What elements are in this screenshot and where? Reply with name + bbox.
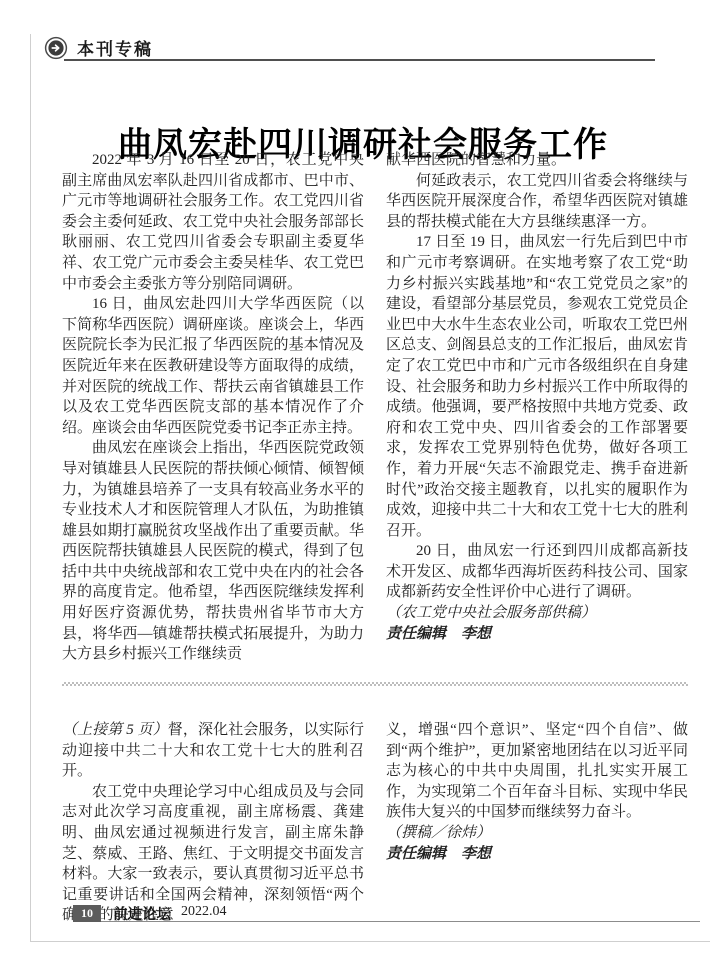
column-right: 献华西医院的智慧和力量。 何延政表示，农工党四川省委会将继续与华西医院开展深度合…	[386, 150, 688, 665]
paragraph: 2022 年 3 月 16 日至 20 日，农工党中央副主席曲凤宏率队赴四川省成…	[62, 150, 364, 294]
paragraph: 曲凤宏在座谈会上指出，华西医院党政领导对镇雄县人民医院的帮扶倾心倾情、倾智倾力，…	[62, 438, 364, 665]
paragraph-continuation: 义，增强“四个意识”、坚定“四个自信”、做到“两个维护”，更加紧密地团结在以习近…	[386, 720, 688, 823]
paragraph: 17 日至 19 日，曲凤宏一行先后到巴中市和广元市考察调研。在实地考察了农工党…	[386, 232, 688, 541]
column-left: （上接第 5 页）督，深化社会服务，以实际行动迎接中共二十大和农工党十七大的胜利…	[62, 720, 364, 926]
issue-number: 2022.04	[181, 904, 227, 920]
decorative-divider	[62, 682, 688, 686]
paragraph-continued-from: （上接第 5 页）督，深化社会服务，以实际行动迎接中共二十大和农工党十七大的胜利…	[62, 720, 364, 782]
journal-name: 前进论坛	[113, 903, 171, 924]
paragraph: 16 日，曲凤宏赴四川大学华西医院（以下简称华西医院）调研座谈。座谈会上，华西医…	[62, 294, 364, 438]
byline: （撰稿／徐炜）	[386, 823, 688, 844]
column-right: 义，增强“四个意识”、坚定“四个自信”、做到“两个维护”，更加紧密地团结在以习近…	[386, 720, 688, 926]
continued-from-label: （上接第 5 页）	[62, 722, 168, 738]
attribution-line: （农工党中央社会服务部供稿）	[386, 603, 688, 624]
paragraph: 何延政表示，农工党四川省委会将继续与华西医院开展深度合作，希望华西医院对镇雄县的…	[386, 171, 688, 233]
article-main: 2022 年 3 月 16 日至 20 日，农工党中央副主席曲凤宏率队赴四川省成…	[62, 150, 688, 665]
magazine-page: 本刊专稿 曲凤宏赴四川调研社会服务工作 2022 年 3 月 16 日至 20 …	[0, 0, 726, 971]
column-left: 2022 年 3 月 16 日至 20 日，农工党中央副主席曲凤宏率队赴四川省成…	[62, 150, 364, 665]
page-edge-shadow-left	[30, 34, 31, 942]
section-header: 本刊专稿	[44, 35, 153, 60]
paragraph: 20 日，曲凤宏一行还到四川成都高新技术开发区、成都华西海圻医药科技公司、国家成…	[386, 541, 688, 603]
paragraph-continuation: 献华西医院的智慧和力量。	[386, 150, 688, 171]
page-number-badge: 10	[73, 905, 101, 922]
article-continuation: （上接第 5 页）督，深化社会服务，以实际行动迎接中共二十大和农工党十七大的胜利…	[62, 720, 688, 926]
page-edge-shadow-bottom	[30, 941, 710, 942]
arrow-circle-icon	[44, 36, 68, 60]
section-label: 本刊专稿	[77, 35, 153, 60]
editor-line: 责任编辑 李想	[386, 844, 688, 865]
editor-line: 责任编辑 李想	[386, 624, 688, 645]
